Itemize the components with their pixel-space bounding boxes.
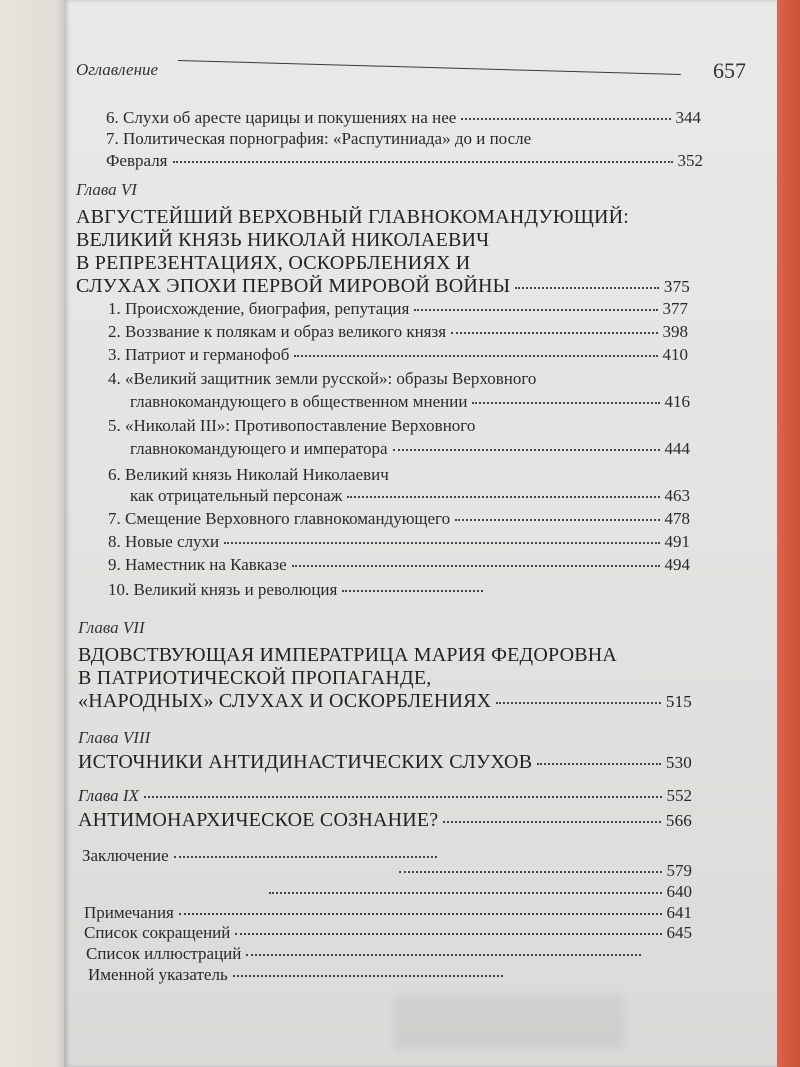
chapter-label: Глава IX (78, 786, 139, 806)
adjacent-page-edge (0, 0, 66, 1067)
dot-leader (399, 871, 662, 873)
toc-entry: 7. Смещение Верховного главнокомандующег… (108, 509, 690, 529)
toc-entry: главнокомандующего и императора 444 (130, 439, 690, 459)
toc-entry-line1: 4. «Великий защитник земли русской»: обр… (108, 369, 536, 389)
toc-entry: Список сокращений 645 (84, 923, 692, 943)
toc-entry: 3. Патриот и германофоб 410 (108, 345, 688, 365)
dot-leader (233, 975, 503, 977)
toc-entry: 6. Слухи об аресте царицы и покушениях н… (106, 108, 701, 128)
chapter-label: Глава VIII (78, 728, 150, 748)
toc-chapter-entry: «НАРОДНЫХ» СЛУХАХ И ОСКОРБЛЕНИЯХ 515 (78, 691, 692, 712)
dot-leader (235, 933, 661, 935)
toc-entry-page-only: 579 (394, 861, 692, 881)
dot-leader (455, 519, 659, 521)
dot-leader (515, 287, 659, 289)
dot-leader (174, 856, 437, 858)
dot-leader (414, 309, 657, 311)
dot-leader (224, 542, 659, 544)
dot-leader (179, 913, 662, 915)
toc-entry: Список иллюстраций (86, 944, 646, 964)
dot-leader (393, 449, 660, 451)
toc-entry-line1: 7. Политическая порнография: «Распутиниа… (106, 129, 531, 149)
chapter-title-line: АВГУСТЕЙШИЙ ВЕРХОВНЫЙ ГЛАВНОКОМАНДУЮЩИЙ: (76, 207, 629, 227)
dot-leader (144, 796, 662, 798)
toc-chapter-entry: АНТИМОНАРХИЧЕСКОЕ СОЗНАНИЕ? 566 (78, 810, 692, 831)
dot-leader (537, 763, 661, 765)
toc-entry: 10. Великий князь и революция (108, 580, 488, 600)
dot-leader (347, 496, 659, 498)
toc-entry: 1. Происхождение, биография, репутация 3… (108, 299, 688, 319)
toc-chapter-entry: СЛУХАХ ЭПОХИ ПЕРВОЙ МИРОВОЙ ВОЙНЫ 375 (76, 276, 690, 297)
toc-entry-line1: 6. Великий князь Николай Николаевич (108, 465, 389, 485)
dot-leader (461, 118, 670, 120)
toc-entry: 2. Воззвание к полякам и образ великого … (108, 322, 688, 342)
chapter-title-line: В РЕПРЕЗЕНТАЦИЯХ, ОСКОРБЛЕНИЯХ И (76, 253, 470, 273)
dot-leader (173, 161, 673, 163)
dot-leader (294, 355, 657, 357)
toc-entry-line1: 5. «Николай III»: Противопоставление Вер… (108, 416, 475, 436)
toc-entry: Именной указатель (88, 965, 508, 985)
dot-leader (246, 954, 641, 956)
dot-leader (443, 821, 661, 823)
dot-leader (472, 402, 659, 404)
chapter-label: Глава VI (76, 180, 137, 200)
book-cover-edge (776, 0, 800, 1067)
toc-entry: Заключение (82, 846, 442, 866)
toc-entry: 8. Новые слухи 491 (108, 532, 690, 552)
toc-entry: Февраля 352 (106, 151, 703, 171)
dot-leader (451, 332, 657, 334)
dot-leader (342, 590, 483, 592)
toc-entry: главнокомандующего в общественном мнении… (130, 392, 690, 412)
chapter-title-line: ВЕЛИКИЙ КНЯЗЬ НИКОЛАЙ НИКОЛАЕВИЧ (76, 230, 489, 250)
dot-leader (269, 892, 662, 894)
chapter-title-line: В ПАТРИОТИЧЕСКОЙ ПРОПАГАНДЕ, (78, 668, 432, 688)
toc-chapter-label-row: Глава IX 552 (78, 786, 692, 806)
toc-entry: как отрицательный персонаж 463 (130, 486, 690, 506)
chapter-title-line: ВДОВСТВУЮЩАЯ ИМПЕРАТРИЦА МАРИЯ ФЕДОРОВНА (78, 645, 617, 665)
dot-leader (292, 565, 660, 567)
chapter-label: Глава VII (78, 618, 145, 638)
dot-leader (496, 702, 661, 704)
toc-entry-page-only: 640 (264, 882, 692, 902)
book-page: Оглавление 657 6. Слухи об аресте царицы… (64, 0, 777, 1067)
toc-chapter-entry: ИСТОЧНИКИ АНТИДИНАСТИЧЕСКИХ СЛУХОВ 530 (78, 752, 692, 773)
show-through-text (394, 995, 624, 1050)
toc-entry: 9. Наместник на Кавказе 494 (108, 555, 690, 575)
table-of-contents: 6. Слухи об аресте царицы и покушениях н… (64, 0, 777, 1067)
toc-entry: Примечания 641 (84, 903, 692, 923)
